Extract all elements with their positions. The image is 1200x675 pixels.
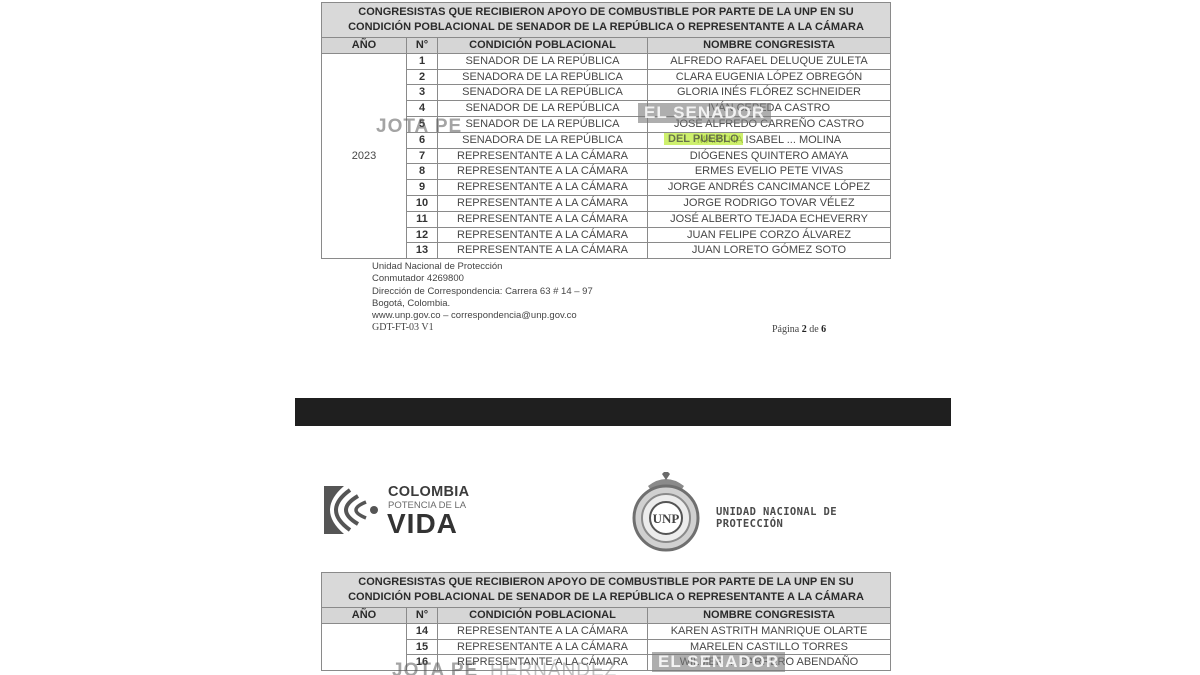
cell-number: 10 — [407, 195, 438, 211]
column-header-condition: CONDICIÓN POBLACIONAL — [438, 38, 648, 54]
cell-number: 5 — [407, 116, 438, 132]
cell-condition: REPRESENTANTE A LA CÁMARA — [438, 180, 648, 196]
cell-number: 14 — [407, 623, 438, 639]
unp-logo: UNP UNIDAD NACIONAL DE PROTECCIÓN — [626, 472, 896, 554]
table-row: 2SENADORA DE LA REPÚBLICACLARA EUGENIA L… — [322, 69, 891, 85]
cell-number: 2 — [407, 69, 438, 85]
footer-city: Bogotá, Colombia. — [372, 298, 593, 310]
cell-name: MARELEN CASTILLO TORRES — [648, 639, 891, 655]
cell-number: 3 — [407, 85, 438, 101]
colombia-signal-icon — [322, 482, 384, 538]
cell-number: 4 — [407, 101, 438, 117]
cell-name: WILMER ... CARRERO ABENDAÑO — [648, 655, 891, 671]
page-of: de — [807, 324, 821, 335]
page-label: Página — [772, 324, 802, 335]
cell-condition: REPRESENTANTE A LA CÁMARA — [438, 227, 648, 243]
cell-name: MARTHA ISABEL ... MOLINA — [648, 132, 891, 148]
cell-condition: SENADOR DE LA REPÚBLICA — [438, 101, 648, 117]
cell-name: DIÓGENES QUINTERO AMAYA — [648, 148, 891, 164]
cell-condition: REPRESENTANTE A LA CÁMARA — [438, 655, 648, 671]
table-row: 12REPRESENTANTE A LA CÁMARAJUAN FELIPE C… — [322, 227, 891, 243]
table-row: 9REPRESENTANTE A LA CÁMARAJORGE ANDRÉS C… — [322, 180, 891, 196]
colombia-potencia-de-la-vida-logo: COLOMBIA POTENCIA DE LA VIDA — [322, 482, 472, 538]
table-row: 3SENADORA DE LA REPÚBLICAGLORIA INÉS FLÓ… — [322, 85, 891, 101]
table-row: 4SENADOR DE LA REPÚBLICAIVÁN CEPEDA CAST… — [322, 101, 891, 117]
cell-name: JORGE RODRIGO TOVAR VÉLEZ — [648, 195, 891, 211]
column-header-name: NOMBRE CONGRESISTA — [648, 38, 891, 54]
table-row: 5SENADOR DE LA REPÚBLICAJOSÉ ALFREDO CAR… — [322, 116, 891, 132]
column-header-number: N° — [407, 38, 438, 54]
cell-number: 6 — [407, 132, 438, 148]
table-row: 16REPRESENTANTE A LA CÁMARAWILMER ... CA… — [322, 655, 891, 671]
cell-condition: REPRESENTANTE A LA CÁMARA — [438, 639, 648, 655]
footer-phone: Conmutador 4269800 — [372, 273, 593, 285]
cell-condition: REPRESENTANTE A LA CÁMARA — [438, 243, 648, 259]
document-footer: Unidad Nacional de Protección Conmutador… — [372, 261, 593, 335]
cell-year: 2023 — [322, 53, 407, 258]
cell-number: 12 — [407, 227, 438, 243]
cell-name: JOSÉ ALFREDO CARREÑO CASTRO — [648, 116, 891, 132]
logo-text-colombia: COLOMBIA — [388, 484, 469, 500]
cell-number: 11 — [407, 211, 438, 227]
cell-condition: SENADORA DE LA REPÚBLICA — [438, 132, 648, 148]
table-title: CONGRESISTAS QUE RECIBIERON APOYO DE COM… — [322, 3, 891, 38]
cell-condition: SENADORA DE LA REPÚBLICA — [438, 69, 648, 85]
cell-condition: REPRESENTANTE A LA CÁMARA — [438, 195, 648, 211]
table-row: 8REPRESENTANTE A LA CÁMARAERMES EVELIO P… — [322, 164, 891, 180]
logo-text-vida: VIDA — [387, 508, 458, 540]
unp-label: UNIDAD NACIONAL DE PROTECCIÓN — [716, 506, 896, 530]
cell-condition: REPRESENTANTE A LA CÁMARA — [438, 148, 648, 164]
cell-name: IVÁN CEPEDA CASTRO — [648, 101, 891, 117]
column-header-year: AÑO — [322, 38, 407, 54]
table-row: 6SENADORA DE LA REPÚBLICAMARTHA ISABEL .… — [322, 132, 891, 148]
table-row: 10REPRESENTANTE A LA CÁMARAJORGE RODRIGO… — [322, 195, 891, 211]
table-row: 14REPRESENTANTE A LA CÁMARAKAREN ASTRITH… — [322, 623, 891, 639]
cell-number: 16 — [407, 655, 438, 671]
column-header-condition: CONDICIÓN POBLACIONAL — [438, 608, 648, 624]
cell-condition: SENADORA DE LA REPÚBLICA — [438, 85, 648, 101]
cell-condition: SENADOR DE LA REPÚBLICA — [438, 116, 648, 132]
table-title: CONGRESISTAS QUE RECIBIERON APOYO DE COM… — [322, 573, 891, 608]
cell-number: 1 — [407, 53, 438, 69]
cell-condition: SENADOR DE LA REPÚBLICA — [438, 53, 648, 69]
svg-text:UNP: UNP — [653, 511, 680, 526]
cell-name: JUAN LORETO GÓMEZ SOTO — [648, 243, 891, 259]
page-separator-bar — [295, 398, 951, 426]
cell-name: JORGE ANDRÉS CANCIMANCE LÓPEZ — [648, 180, 891, 196]
cell-number: 15 — [407, 639, 438, 655]
cell-condition: REPRESENTANTE A LA CÁMARA — [438, 211, 648, 227]
congresistas-table-page-1: CONGRESISTAS QUE RECIBIERON APOYO DE COM… — [321, 2, 891, 259]
cell-number: 13 — [407, 243, 438, 259]
cell-name: ERMES EVELIO PETE VIVAS — [648, 164, 891, 180]
cell-number: 8 — [407, 164, 438, 180]
footer-web-email: www.unp.gov.co – correspondencia@unp.gov… — [372, 310, 593, 322]
column-header-name: NOMBRE CONGRESISTA — [648, 608, 891, 624]
table-row: 11REPRESENTANTE A LA CÁMARAJOSÉ ALBERTO … — [322, 211, 891, 227]
cell-name: JOSÉ ALBERTO TEJADA ECHEVERRY — [648, 211, 891, 227]
cell-name: GLORIA INÉS FLÓREZ SCHNEIDER — [648, 85, 891, 101]
column-header-number: N° — [407, 608, 438, 624]
cell-number: 9 — [407, 180, 438, 196]
column-header-year: AÑO — [322, 608, 407, 624]
congresistas-table-page-2: CONGRESISTAS QUE RECIBIERON APOYO DE COM… — [321, 572, 891, 671]
page-number: Página 2 de 6 — [772, 324, 826, 335]
table-row: 15REPRESENTANTE A LA CÁMARAMARELEN CASTI… — [322, 639, 891, 655]
footer-address: Dirección de Correspondencia: Carrera 63… — [372, 286, 593, 298]
page-total: 6 — [821, 324, 826, 335]
table-row: 7REPRESENTANTE A LA CÁMARADIÓGENES QUINT… — [322, 148, 891, 164]
cell-condition: REPRESENTANTE A LA CÁMARA — [438, 164, 648, 180]
cell-name: ALFREDO RAFAEL DELUQUE ZULETA — [648, 53, 891, 69]
cell-number: 7 — [407, 148, 438, 164]
cell-name: CLARA EUGENIA LÓPEZ OBREGÓN — [648, 69, 891, 85]
cell-condition: REPRESENTANTE A LA CÁMARA — [438, 623, 648, 639]
footer-org: Unidad Nacional de Protección — [372, 261, 593, 273]
cell-name: JUAN FELIPE CORZO ÁLVAREZ — [648, 227, 891, 243]
footer-doc-code: GDT-FT-03 V1 — [372, 322, 593, 334]
table-row: 20231SENADOR DE LA REPÚBLICAALFREDO RAFA… — [322, 53, 891, 69]
unp-shield-icon: UNP — [626, 472, 706, 554]
cell-name: KAREN ASTRITH MANRIQUE OLARTE — [648, 623, 891, 639]
cell-year — [322, 623, 407, 670]
table-row: 13REPRESENTANTE A LA CÁMARAJUAN LORETO G… — [322, 243, 891, 259]
